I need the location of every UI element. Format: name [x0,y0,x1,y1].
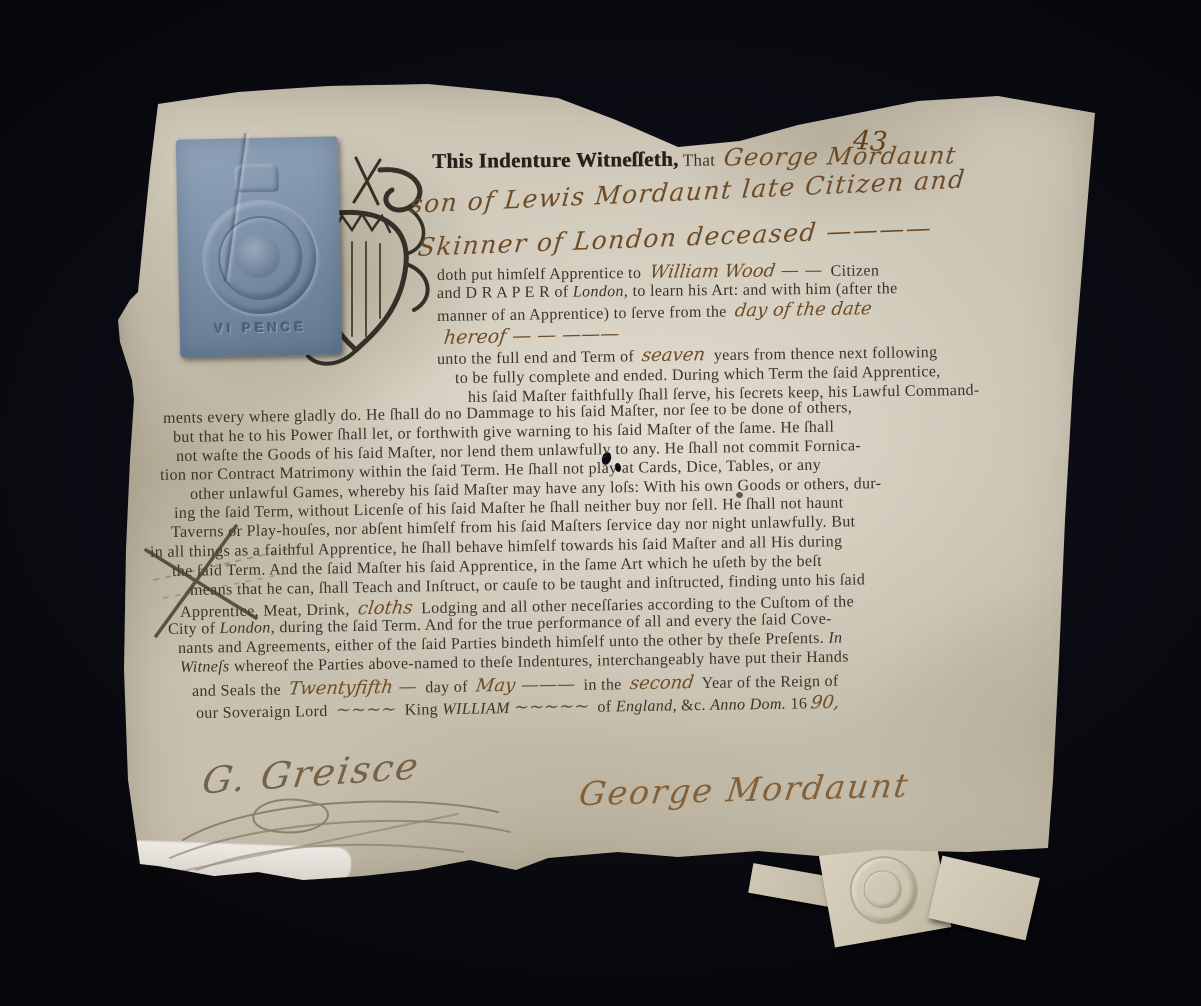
handwritten-text: ~~~~~ [512,696,590,718]
printed-text: our Soveraign Lord [196,703,332,722]
printed-text: years from thence next following [709,344,937,364]
handwritten-text: day of the date [734,298,873,321]
photo-background: VI PENCE 43 This Indenture Witneſſeth, T… [0,0,1201,1006]
printed-text: and Seals the [192,682,286,700]
printed-text: King [400,701,442,719]
printed-text: This Indenture Witneſſeth, [432,147,679,173]
handwritten-text: May ——— [475,674,577,697]
printed-text: , &c. [672,697,710,715]
printed-text: Citizen [826,262,879,280]
printed-text: , to learn his Art: and with him (after … [624,280,898,300]
indenture-document: VI PENCE 43 This Indenture Witneſſeth, T… [118,80,1103,890]
printed-text: 16 [786,695,807,712]
printed-text: England [616,698,673,716]
printed-text: London [573,283,624,301]
handwritten-text: 90, [810,692,841,713]
printed-text: in the [579,676,626,694]
printed-text: WILLIAM [442,700,510,718]
handwritten-text: Twentyfifth — [288,676,418,699]
parchment-seal-tag [742,842,1052,957]
ink-cross-mark [134,518,309,643]
handwritten-text: ~~~~ [335,699,398,721]
printed-text: Year of the Reign of [698,673,839,692]
printed-text: Witneſs [180,658,230,676]
handwritten-text: William Wood — — [648,260,823,283]
printed-text: of [593,698,616,715]
printed-text: day of [421,679,472,697]
handwritten-text: second [629,672,696,694]
handwritten-text: seaven [641,344,707,366]
printed-text: and D R A P E R of [437,284,573,302]
folio-number: 43 [852,125,888,158]
printed-text: manner of an Apprentice) to ſerve from t… [437,303,731,325]
document-line: Skinner of London deceased ———— [413,213,937,262]
printed-text: unto the full end and Term of [437,348,639,368]
printed-text: doth put himſelf Apprentice to [437,265,646,284]
handwritten-text: cloths [357,597,414,619]
embossed-seal [844,851,923,930]
printed-text: In [828,630,842,647]
printed-text: That [678,150,720,169]
printed-text: Anno Dom. [710,696,786,714]
handwritten-text: Skinner of London deceased ———— [417,213,934,262]
